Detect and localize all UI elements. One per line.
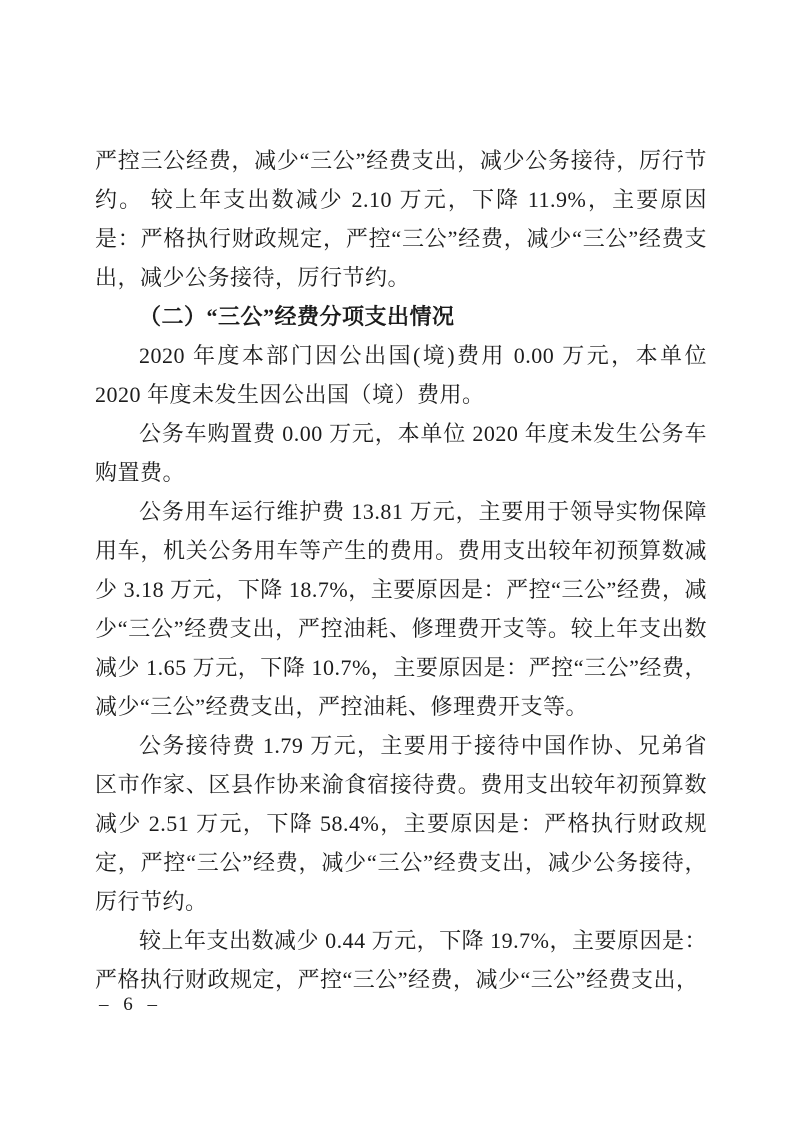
paragraph-vehicle-purchase-expense: 公务车购置费 0.00 万元，本单位 2020 年度未发生公务车购置费。	[95, 414, 707, 492]
page-body: 严控三公经费，减少“三公”经费支出，减少公务接待，厉行节约。 较上年支出数减少 …	[95, 141, 707, 999]
page-number: – 6 –	[99, 994, 162, 1015]
paragraph-continuation: 严控三公经费，减少“三公”经费支出，减少公务接待，厉行节约。 较上年支出数减少 …	[95, 141, 707, 297]
page-footer: – 6 –	[99, 994, 162, 1016]
section-heading-three-public-expenses: （二）“三公”经费分项支出情况	[95, 297, 707, 336]
paragraph-official-reception-expense: 公务接待费 1.79 万元，主要用于接待中国作协、兄弟省区市作家、区县作协来渝食…	[95, 726, 707, 921]
paragraph-vehicle-maintenance-expense: 公务用车运行维护费 13.81 万元，主要用于领导实物保障用车，机关公务用车等产…	[95, 492, 707, 726]
document-page: 严控三公经费，减少“三公”经费支出，减少公务接待，厉行节约。 较上年支出数减少 …	[0, 0, 793, 1122]
paragraph-year-over-year-decrease: 较上年支出数减少 0.44 万元，下降 19.7%，主要原因是：严格执行财政规定…	[95, 921, 707, 999]
paragraph-overseas-travel-expense: 2020 年度本部门因公出国(境)费用 0.00 万元，本单位 2020 年度未…	[95, 336, 707, 414]
